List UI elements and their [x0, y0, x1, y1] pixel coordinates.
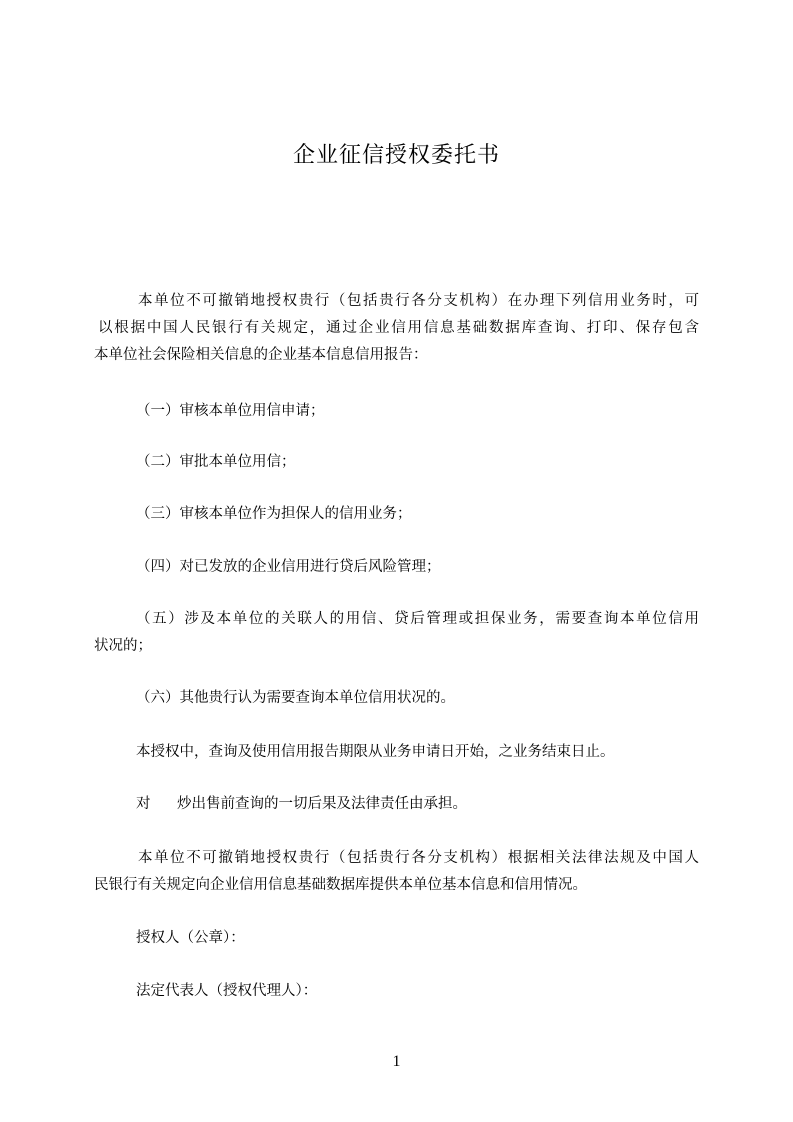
document-title: 企业征信授权委托书: [0, 140, 793, 172]
liability-prefix: 对: [136, 794, 151, 814]
intro-line-1: 本单位不可撤销地授权贵行（包括贵行各分支机构）在办理下列信用业务时，可: [138, 291, 699, 311]
authorization-period: 本授权中，查询及使用信用报告期限从业务申请日开始，之业务结束日止。: [136, 742, 615, 762]
item-3: （三）审核本单位作为担保人的信用业务；: [136, 504, 412, 524]
legal-representative-label: 法定代表人（授权代理人）：: [136, 981, 317, 1001]
item-4: （四）对已发放的企业信用进行贷后风险管理；: [136, 557, 441, 577]
item-1: （一）审核本单位用信申请；: [136, 401, 325, 421]
document-page: 企业征信授权委托书 本单位不可撤销地授权贵行（包括贵行各分支机构）在办理下列信用…: [0, 0, 793, 1122]
intro-line-2: 以根据中国人民银行有关规定，通过企业信用信息基础数据库查询、打印、保存包含: [98, 318, 699, 338]
provide-line-1: 本单位不可撤销地授权贵行（包括贵行各分支机构）根据相关法律法规及中国人: [138, 848, 699, 868]
item-5: （五）涉及本单位的关联人的用信、贷后管理或担保业务，需要查询本单位信用: [136, 609, 699, 629]
item-2: （二）审批本单位用信；: [136, 452, 296, 472]
intro-line-3: 本单位社会保险相关信息的企业基本信息信用报告：: [94, 345, 428, 365]
provide-line-2: 民银行有关规定向企业信用信息基础数据库提供本单位基本信息和信用情况。: [94, 875, 587, 895]
liability-text: 炒出售前查询的一切后果及法律责任由承担。: [177, 794, 467, 814]
page-number: 1: [0, 1053, 793, 1071]
item-6: （六）其他贵行认为需要查询本单位信用状况的。: [136, 688, 455, 708]
item-5-continuation: 状况的；: [94, 636, 152, 656]
grantor-seal-label: 授权人（公章）：: [136, 928, 245, 948]
